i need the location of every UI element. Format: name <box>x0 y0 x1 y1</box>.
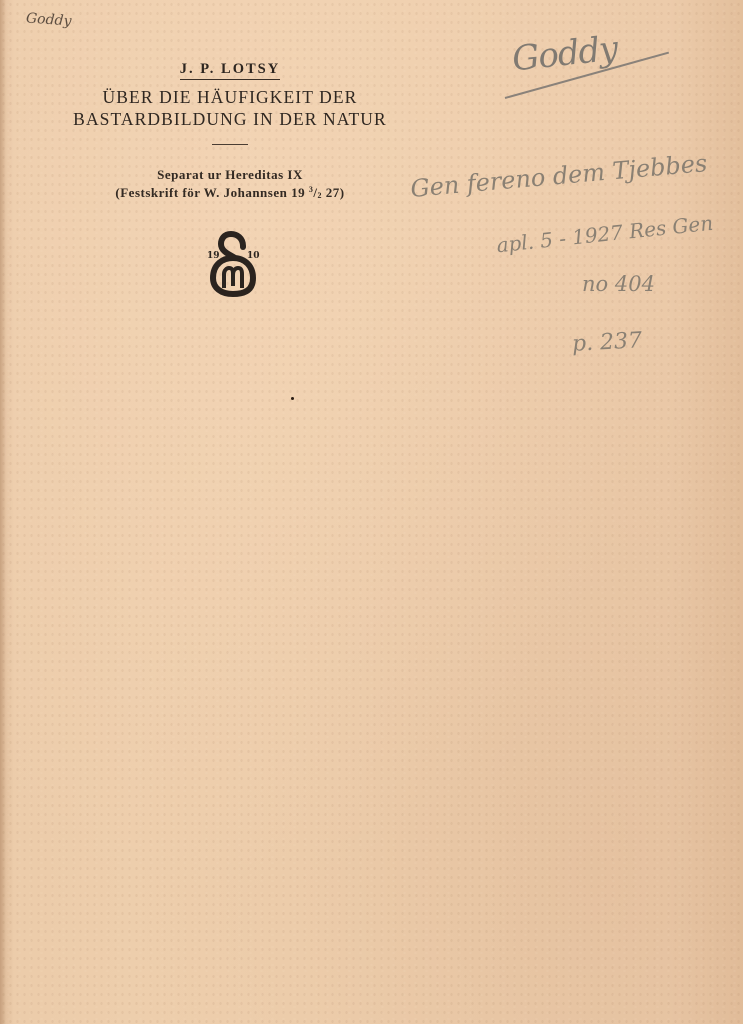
handwritten-note-line-3: no 404 <box>582 272 655 296</box>
document-page: Goddy J. P. LOTSY ÜBER DIE HÄUFIGKEIT DE… <box>0 0 743 1024</box>
title-line-2: BASTARDBILDUNG IN DER NATUR <box>60 108 400 130</box>
svg-text:19: 19 <box>207 251 220 261</box>
author-name: J. P. LOTSY <box>180 61 280 80</box>
title-line-1: ÜBER DIE HÄUFIGKEIT DER <box>60 86 400 108</box>
handwritten-note-line-1: Gen fereno dem Tjebbes <box>409 149 708 203</box>
separat-reference: Separat ur Hereditas IX <box>60 167 400 183</box>
festskrift-reference: (Festskrift för W. Johannsen 19 3/2 27) <box>60 185 400 201</box>
festskrift-suffix: 27) <box>322 185 345 200</box>
ink-speck <box>291 397 294 400</box>
handwritten-note-line-2: apl. 5 - 1927 Res Gen <box>495 211 714 258</box>
page-spine-edge <box>0 0 6 1024</box>
handwritten-note-line-4: p. 237 <box>571 328 642 357</box>
festskrift-prefix: (Festskrift för W. Johannsen 19 <box>115 185 308 200</box>
title-divider-rule <box>212 144 248 145</box>
publisher-monogram-icon: 19 10 <box>205 228 261 298</box>
title-block: J. P. LOTSY ÜBER DIE HÄUFIGKEIT DER BAST… <box>60 58 400 201</box>
handwritten-corner-note: Goddy <box>25 10 71 29</box>
svg-text:10: 10 <box>247 251 260 261</box>
